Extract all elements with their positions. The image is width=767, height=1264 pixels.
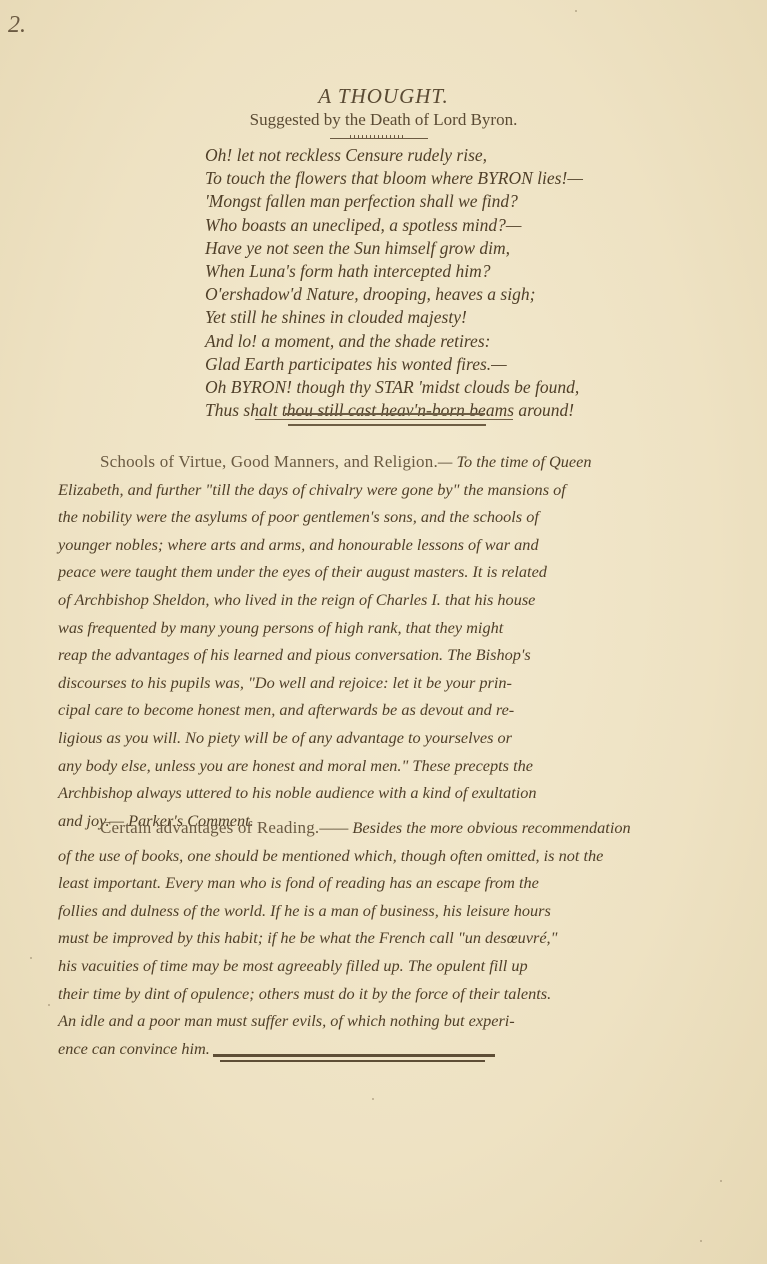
section-schools-of-virtue: Schools of Virtue, Good Manners, and Rel…: [58, 448, 718, 834]
prose-line: peace were taught them under the eyes of…: [58, 558, 718, 586]
paper-speck: [720, 1180, 722, 1182]
prose-line: An idle and a poor man must suffer evils…: [58, 1007, 718, 1035]
prose-line: discourses to his pupils was, "Do well a…: [58, 669, 718, 697]
poem-line: 'Mongst fallen man perfection shall we f…: [205, 190, 675, 213]
poem-line: Glad Earth participates his wonted fires…: [205, 353, 675, 376]
prose-line: younger nobles; where arts and arms, and…: [58, 531, 718, 559]
prose-line: Archbishop always uttered to his noble a…: [58, 779, 718, 807]
prose-line: ligious as you will. No piety will be of…: [58, 724, 718, 752]
poem-line: And lo! a moment, and the shade retires:: [205, 330, 675, 353]
paper-speck: [700, 1240, 702, 1242]
poem-line: When Luna's form hath intercepted him?: [205, 260, 675, 283]
poem-line: Have ye not seen the Sun himself grow di…: [205, 237, 675, 260]
poem-line: Yet still he shines in clouded majesty!: [205, 306, 675, 329]
prose-line: their time by dint of opulence; others m…: [58, 980, 718, 1008]
prose-line: the nobility were the asylums of poor ge…: [58, 503, 718, 531]
section-advantages-of-reading: Certain advantages of Reading.—— Besides…: [58, 814, 718, 1062]
poem-line: To touch the flowers that bloom where BY…: [205, 167, 675, 190]
prose-line: of Archbishop Sheldon, who lived in the …: [58, 586, 718, 614]
poem-line: Oh BYRON! though thy STAR 'midst clouds …: [205, 376, 675, 399]
prose-line: — To the time of Queen: [438, 452, 592, 471]
prose-line: least important. Every man who is fond o…: [58, 869, 718, 897]
poem-body: Oh! let not reckless Censure rudely rise…: [205, 144, 675, 422]
section-heading: Certain advantages of Reading.: [100, 818, 319, 837]
manuscript-page: 2. A THOUGHT. Suggested by the Death of …: [0, 0, 767, 1264]
prose-line: must be improved by this habit; if he be…: [58, 924, 718, 952]
poem-line: Who boasts an unecliped, a spotless mind…: [205, 214, 675, 237]
prose-line: —— Besides the more obvious recommendati…: [319, 818, 630, 837]
prose-line: reap the advantages of his learned and p…: [58, 641, 718, 669]
paper-speck: [372, 1098, 374, 1100]
paper-speck: [48, 1004, 50, 1006]
prose-line: Elizabeth, and further "till the days of…: [58, 476, 718, 504]
title-ornament: [330, 138, 428, 143]
prose-line: ence can convince him.: [58, 1035, 718, 1063]
paper-speck: [30, 957, 32, 959]
paper-speck: [575, 10, 577, 12]
poem-line: O'ershadow'd Nature, drooping, heaves a …: [205, 283, 675, 306]
prose-line: of the use of books, one should be menti…: [58, 842, 718, 870]
poem-title: A THOUGHT.: [0, 84, 767, 109]
section-heading: Schools of Virtue, Good Manners, and Rel…: [100, 452, 438, 471]
prose-line: follies and dulness of the world. If he …: [58, 897, 718, 925]
poem-line: Oh! let not reckless Censure rudely rise…: [205, 144, 675, 167]
prose-line: any body else, unless you are honest and…: [58, 752, 718, 780]
prose-line: was frequented by many young persons of …: [58, 614, 718, 642]
prose-line: cipal care to become honest men, and aft…: [58, 696, 718, 724]
page-number: 2.: [8, 12, 26, 39]
poem-subtitle: Suggested by the Death of Lord Byron.: [0, 110, 767, 130]
prose-line: his vacuities of time may be most agreea…: [58, 952, 718, 980]
